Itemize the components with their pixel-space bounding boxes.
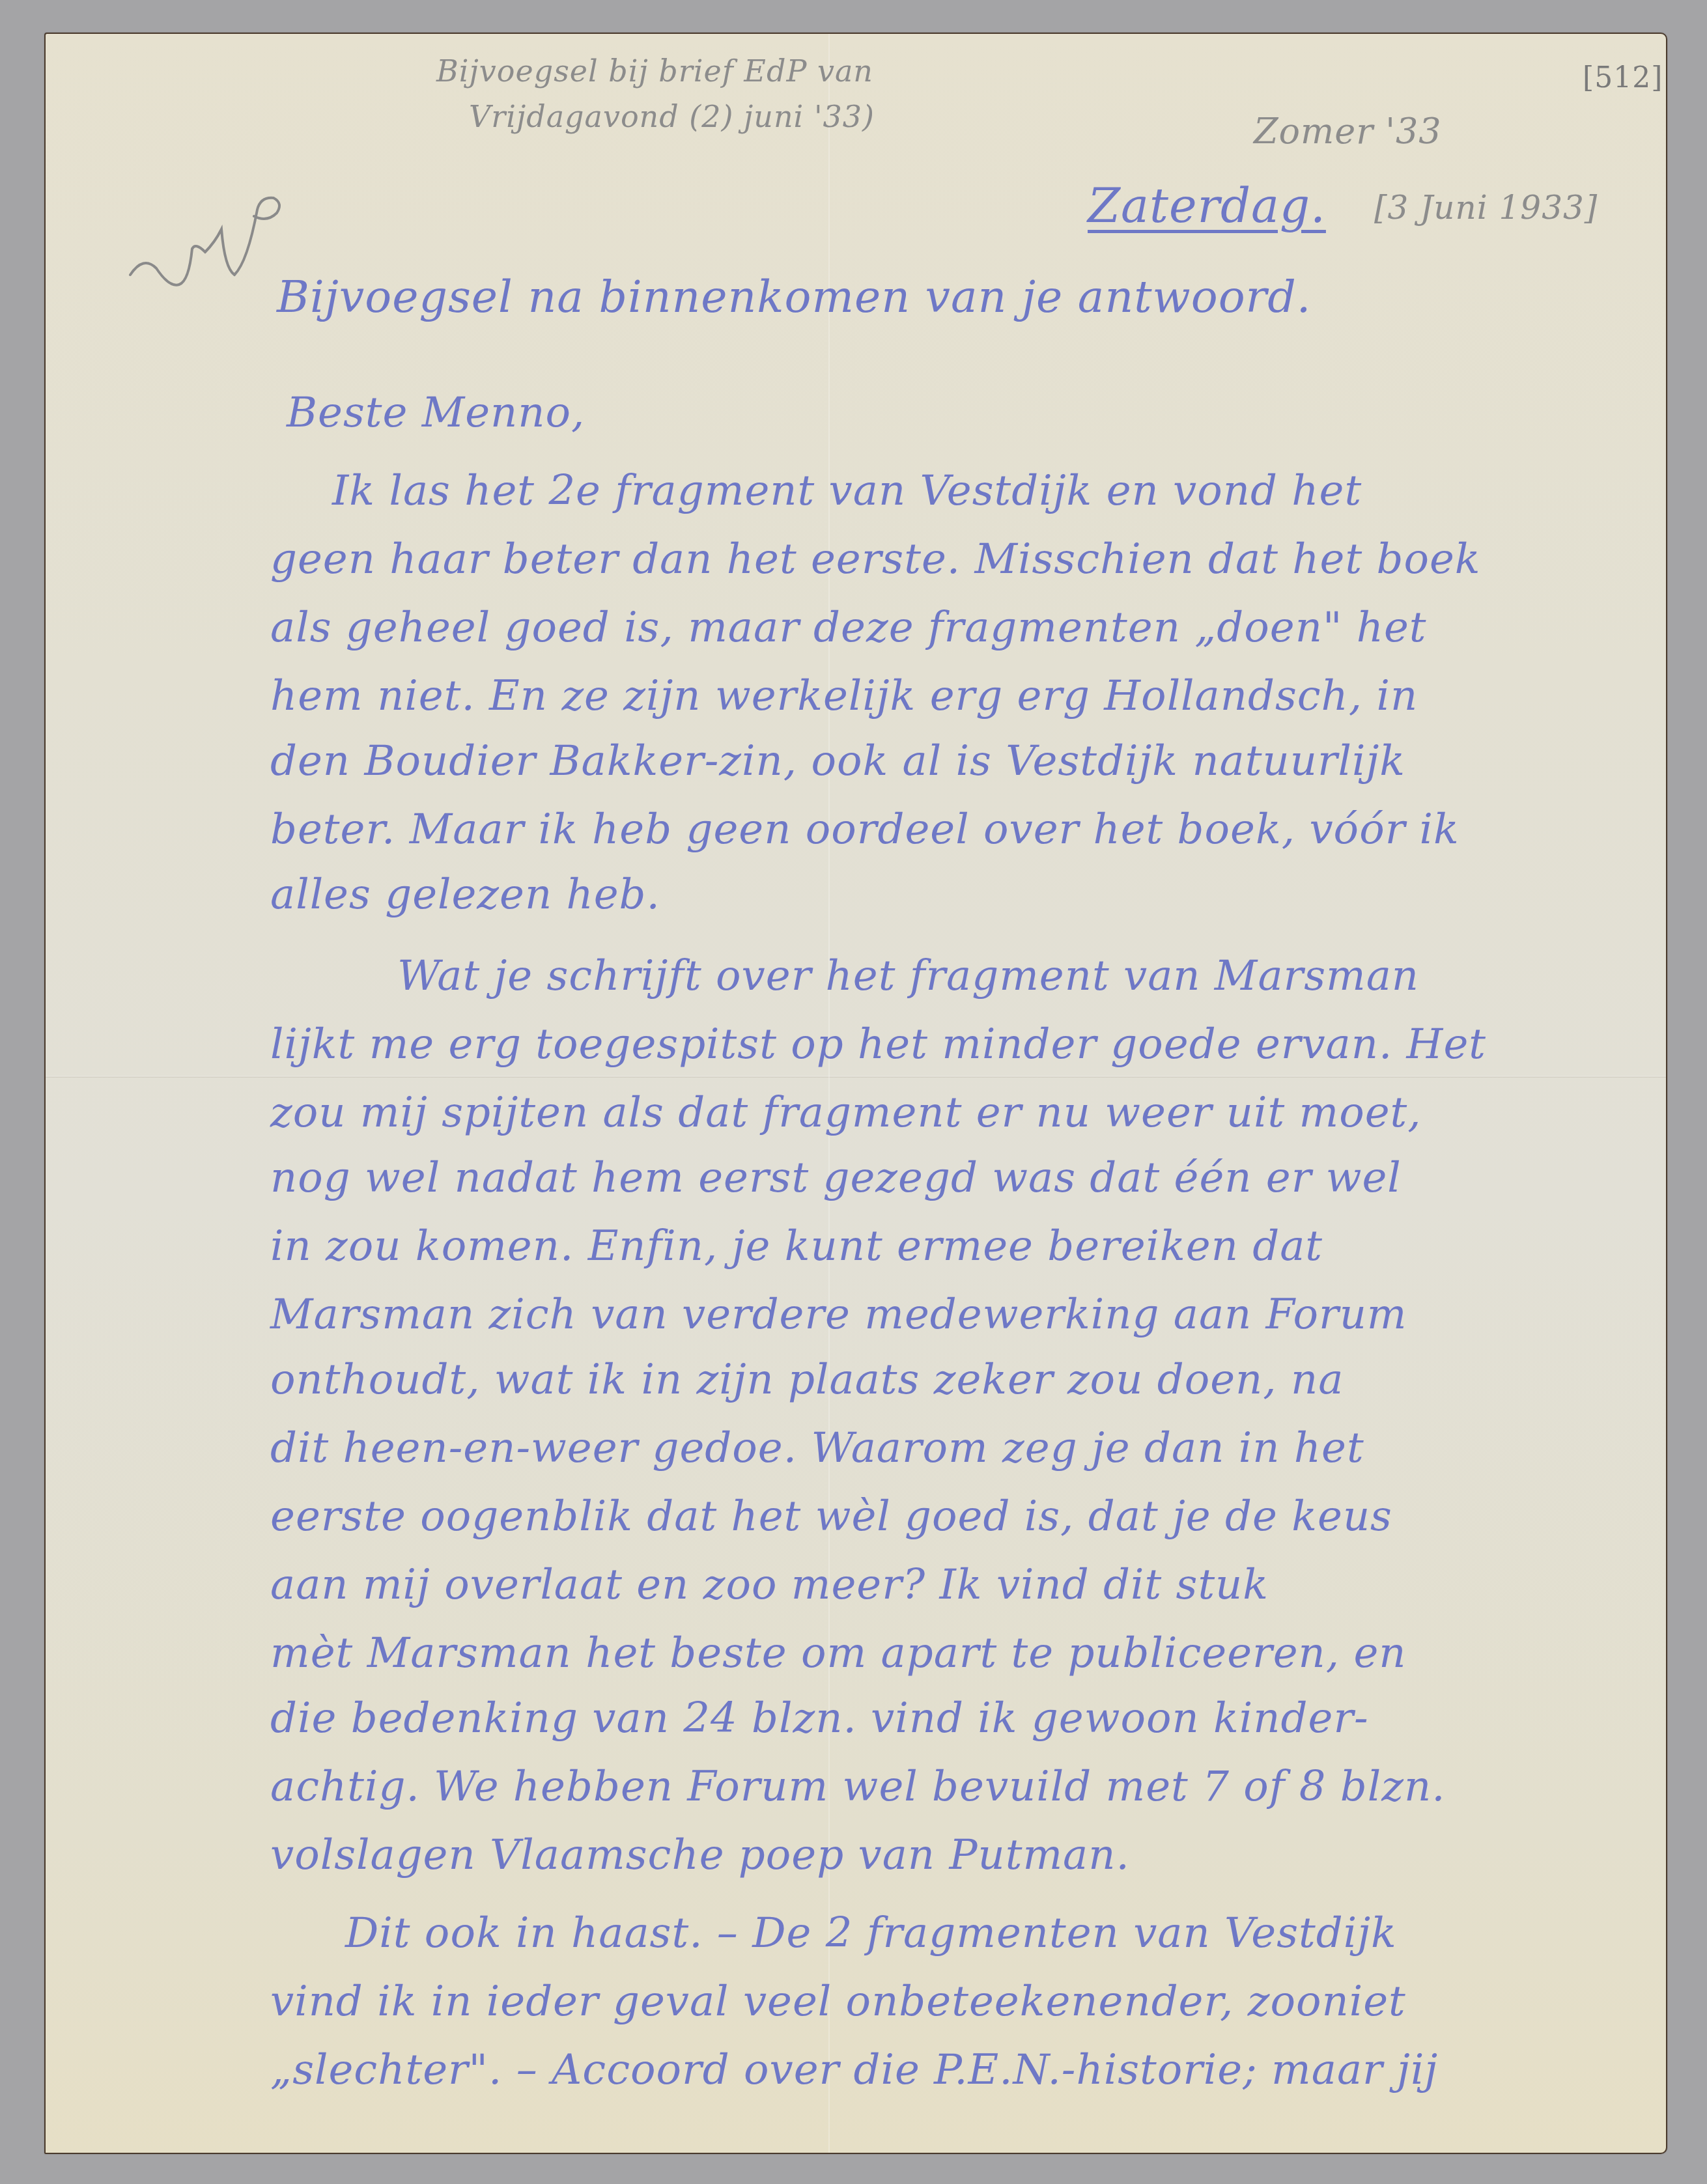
letter-line: in zou komen. Enfin, je kunt ermee berei…: [270, 1222, 1323, 1270]
letter-line: Dit ook in haast. – De 2 fragmenten van …: [345, 1909, 1397, 1957]
letter-line: den Boudier Bakker-zin, ook al is Vestdi…: [270, 737, 1405, 785]
initials-scribble-icon: [117, 190, 287, 307]
letter-line: zou mij spijten als dat fragment er nu w…: [270, 1089, 1422, 1137]
letter-line: hem niet. En ze zijn werkelijk erg erg H…: [270, 672, 1418, 720]
letter-line: „slechter". – Accoord over die P.E.N.-hi…: [270, 2046, 1438, 2094]
letter-line: mèt Marsman het beste om apart te public…: [270, 1629, 1407, 1677]
letter-line: geen haar beter dan het eerste. Misschie…: [270, 535, 1481, 583]
letter-line: nog wel nadat hem eerst gezegd was dat é…: [270, 1154, 1402, 1202]
letter-line: beter. Maar ik heb geen oordeel over het…: [270, 805, 1460, 854]
letter-line: aan mij overlaat en zoo meer? Ik vind di…: [270, 1561, 1269, 1609]
letter-line: volslagen Vlaamsche poep van Putman.: [270, 1831, 1130, 1879]
letter-heading: Bijvoegsel na binnenkomen van je antwoor…: [277, 272, 1311, 323]
letter-line: eerste oogenblik dat het wèl goed is, da…: [270, 1492, 1392, 1541]
letter-line: Ik las het 2e fragment van Vestdijk en v…: [332, 467, 1362, 515]
letter-day: Zaterdag.: [1088, 178, 1326, 233]
letter-line: lijkt me erg toegespitst op het minder g…: [270, 1020, 1486, 1069]
page-number: [512]: [1583, 61, 1663, 94]
letter-line: Wat je schrijft over het fragment van Ma…: [397, 952, 1419, 1000]
letter-line: die bedenking van 24 blzn. vind ik gewoo…: [270, 1694, 1369, 1743]
letter-line: onthoudt, wat ik in zijn plaats zeker zo…: [270, 1356, 1344, 1404]
season-date: Zomer '33: [1254, 111, 1442, 152]
letter-line: achtig. We hebben Forum wel bevuild met …: [270, 1763, 1446, 1811]
letter-line: als geheel goed is, maar deze fragmenten…: [270, 604, 1427, 652]
archive-note-line2: Vrijdagavond (2) juni '33): [469, 99, 875, 134]
salutation: Beste Menno,: [287, 389, 585, 437]
archive-note-line1: Bijvoegsel bij brief EdP van: [436, 53, 873, 89]
letter-line: Marsman zich van verdere medewerking aan…: [270, 1291, 1407, 1339]
letter-page: Bijvoegsel bij brief EdP van Vrijdagavon…: [44, 33, 1667, 2154]
letter-line: alles gelezen heb.: [270, 871, 660, 919]
fold-crease: [46, 1076, 1666, 1078]
bracket-date: [3 Juni 1933]: [1374, 189, 1598, 227]
letter-line: dit heen-en-weer gedoe. Waarom zeg je da…: [270, 1424, 1364, 1472]
letter-line: vind ik in ieder geval veel onbeteekenen…: [270, 1978, 1406, 2026]
